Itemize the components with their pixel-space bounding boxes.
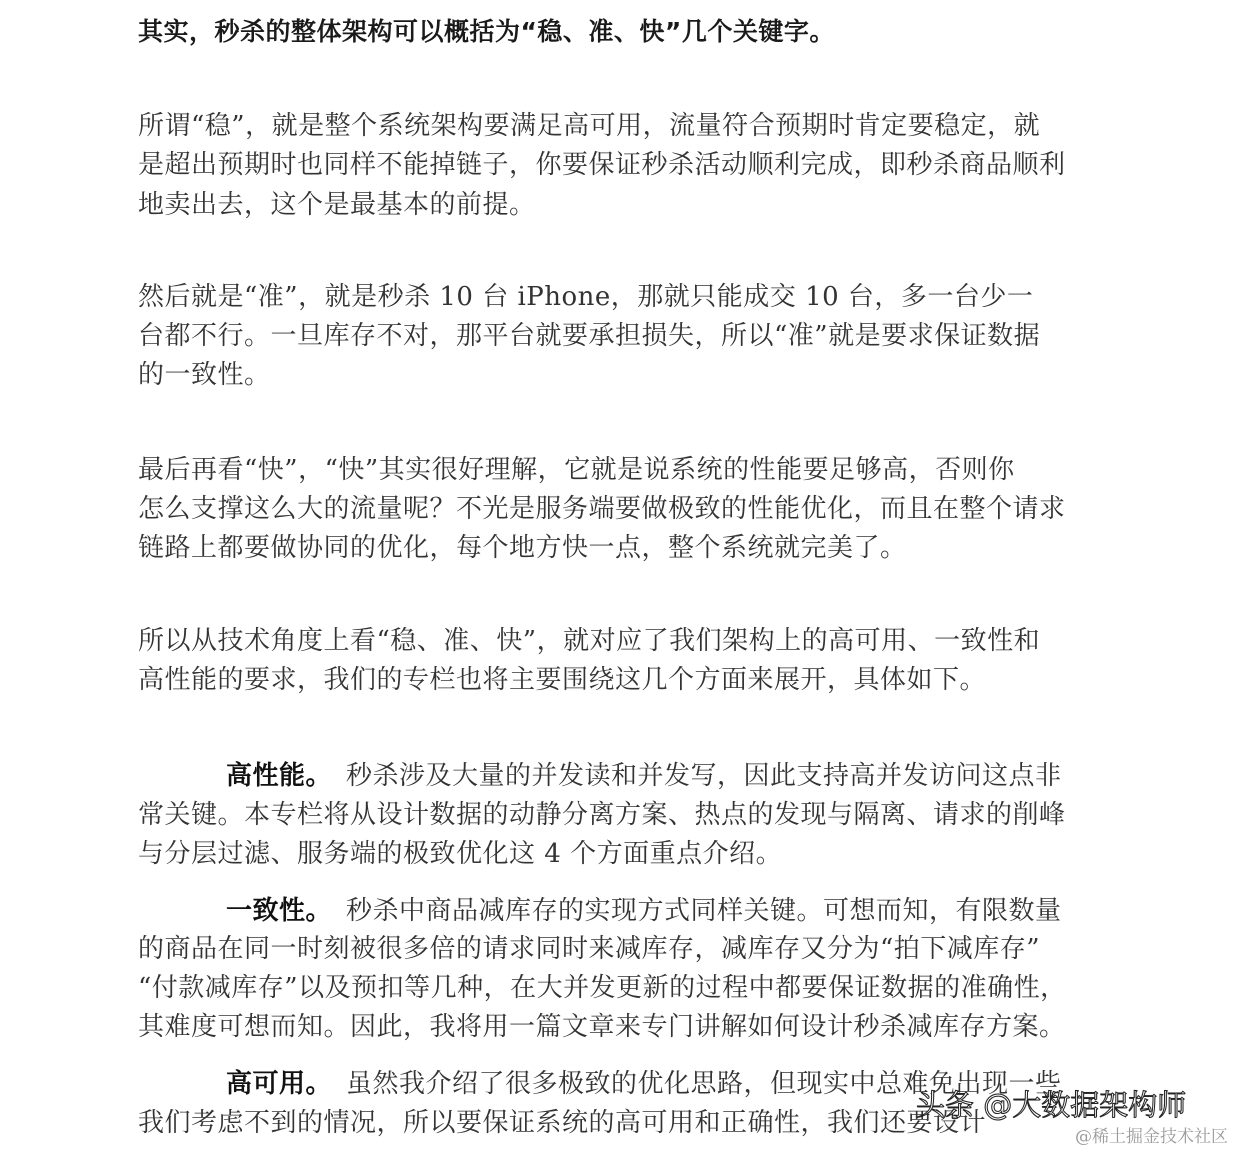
paragraph-line: 怎么支撑这么大的流量呢？不光是服务端要做极致的性能优化，而且在整个请求 — [138, 490, 1066, 528]
paragraph-line: 链路上都要做协同的优化，每个地方快一点，整个系统就完美了。 — [138, 529, 907, 567]
paragraph-line: 其难度可想而知。因此，我将用一篇文章来专门讲解如何设计秒杀减库存方案。 — [138, 1008, 1066, 1046]
watermark-toutiao: 头条 @大数据架构师 — [916, 1083, 1186, 1124]
paragraph-line: 与分层过滤、服务端的极致优化这 4 个方面重点介绍。 — [138, 835, 782, 873]
paragraph-line: 所谓“稳”，就是整个系统架构要满足高可用，流量符合预期时肯定要稳定，就 — [138, 107, 1040, 145]
document-title: 其实，秒杀的整体架构可以概括为“稳、准、快”几个关键字。 — [138, 13, 835, 51]
paragraph-line: 我们考虑不到的情况，所以要保证系统的高可用和正确性，我们还要设计 — [138, 1104, 986, 1142]
paragraph-line: 的一致性。 — [138, 356, 271, 394]
section-term: 一致性。 — [226, 896, 332, 926]
section-first-line: 一致性。秒杀中商品减库存的实现方式同样关键。可想而知，有限数量 — [226, 892, 1062, 930]
paragraph-line: 高性能的要求，我们的专栏也将主要围绕这几个方面来展开，具体如下。 — [138, 661, 986, 699]
section-text: 秒杀中商品减库存的实现方式同样关键。可想而知，有限数量 — [346, 896, 1062, 926]
paragraph-line: 地卖出去，这个是最基本的前提。 — [138, 186, 536, 224]
paragraph-line: 是超出预期时也同样不能掉链子，你要保证秒杀活动顺利完成，即秒杀商品顺利 — [138, 146, 1066, 184]
section-first-line: 高性能。秒杀涉及大量的并发读和并发写，因此支持高并发访问这点非 — [226, 757, 1062, 795]
paragraph-line: 最后再看“快”，“快”其实很好理解，它就是说系统的性能要足够高，否则你 — [138, 451, 1015, 489]
paragraph-line: “付款减库存”以及预扣等几种，在大并发更新的过程中都要保证数据的准确性， — [138, 969, 1067, 1007]
section-term: 高可用。 — [226, 1069, 332, 1099]
paragraph-line: 的商品在同一时刻被很多倍的请求同时来减库存，减库存又分为“拍下减库存” — [138, 930, 1040, 968]
section-text: 秒杀涉及大量的并发读和并发写，因此支持高并发访问这点非 — [346, 761, 1062, 791]
paragraph-line: 所以从技术角度上看“稳、准、快”，就对应了我们架构上的高可用、一致性和 — [138, 622, 1040, 660]
paragraph-line: 常关键。本专栏将从设计数据的动静分离方案、热点的发现与隔离、请求的削峰 — [138, 796, 1066, 834]
paragraph-line: 台都不行。一旦库存不对，那平台就要承担损失，所以“准”就是要求保证数据 — [138, 317, 1040, 355]
paragraph-line: 然后就是“准”，就是秒杀 10 台 iPhone，那就只能成交 10 台，多一台… — [138, 278, 1033, 316]
section-term: 高性能。 — [226, 761, 332, 791]
watermark-juejin: @稀土掘金技术社区 — [1075, 1122, 1228, 1147]
